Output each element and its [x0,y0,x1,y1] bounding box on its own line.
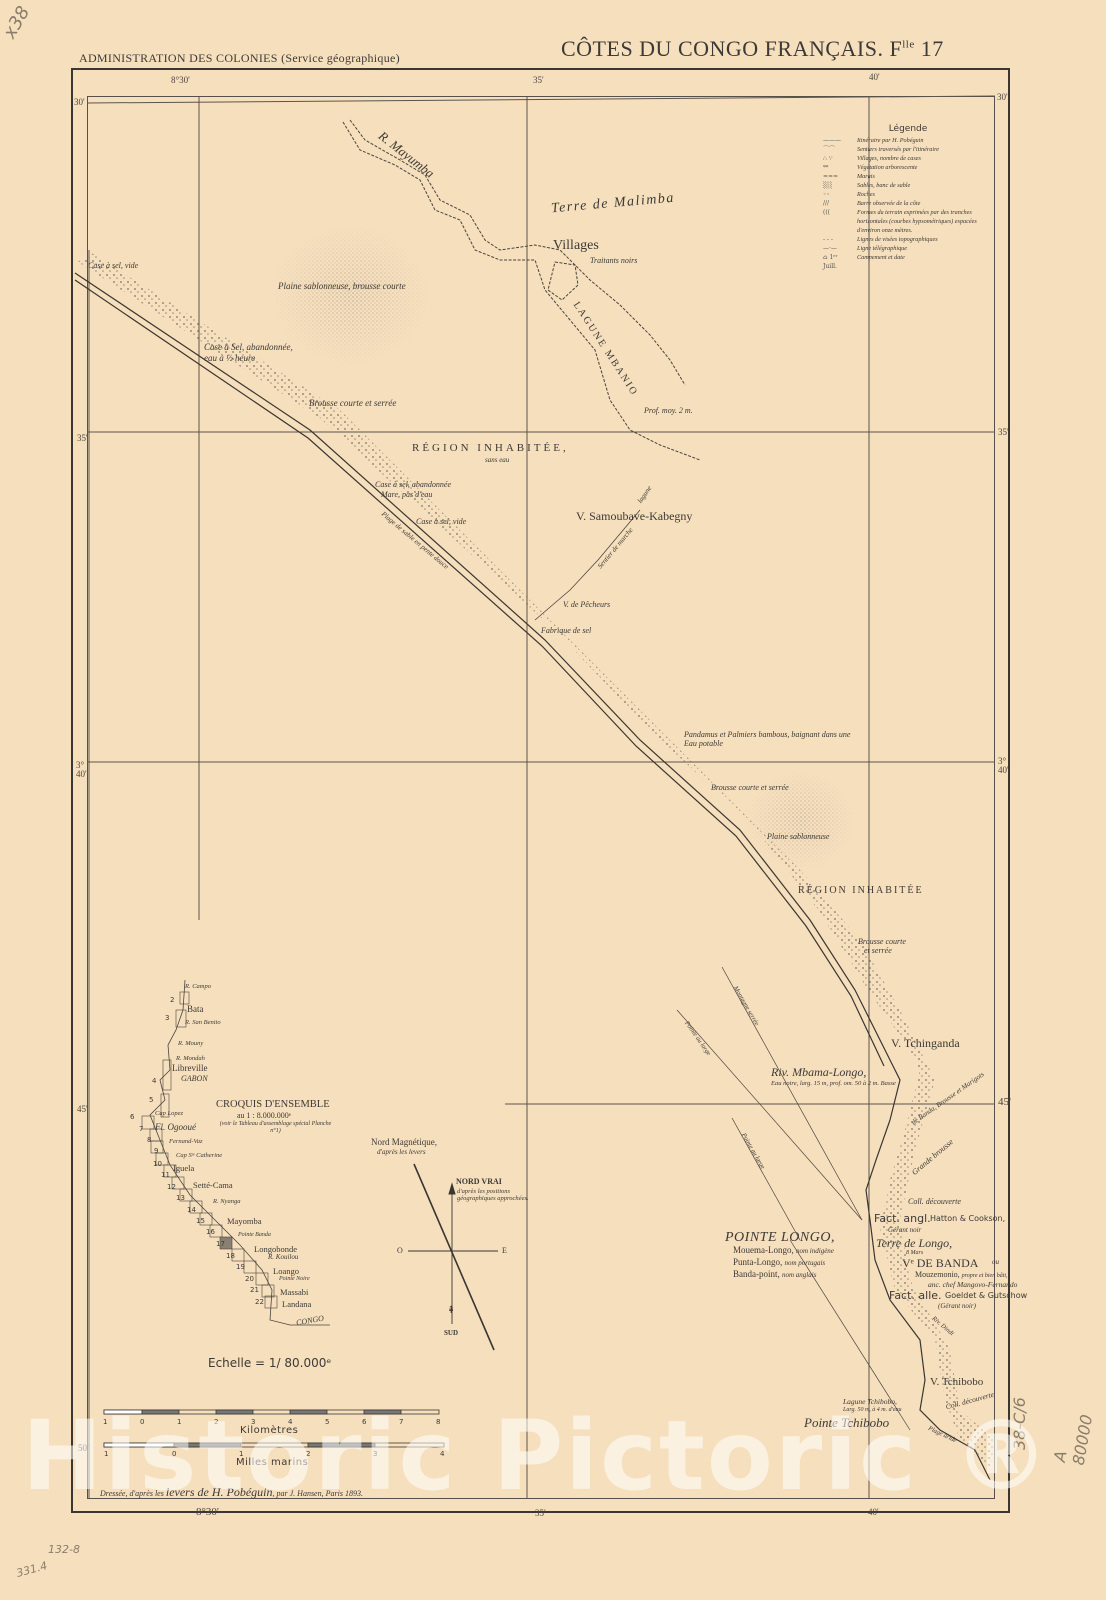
legend-label: Campement et date [857,253,905,271]
label-eau-heure: eau à ½ heure [204,353,255,363]
compass-true-north-label: NORD VRAI [456,1177,502,1186]
inset-sheet-number: 13 [176,1194,185,1202]
surf-bar-icon: /// [823,199,853,208]
label-v-banda: Vᵉ DE BANDA [902,1256,978,1271]
inset-sheet-number: 11 [161,1171,170,1179]
inset-scale: au 1 : 8.000.000ᵉ [237,1111,291,1120]
label-region-inhabitee-1: RÉGION INHABITÉE, [412,442,569,454]
inset-place: Pointe Noire [279,1276,310,1282]
lat-left-1: 30' [74,97,85,107]
label-plaine-sablonneuse-2: Plaine sablonneuse [767,832,829,841]
inset-place: Cap Sᵗᵉ Catherine [176,1152,222,1159]
label-brousse-2: Brousse courte et serrée [711,783,789,792]
legend-label: Itinéraire par H. Pobéguin [857,136,923,145]
lat-right-2: 35' [998,427,1009,437]
lat-right-1: 30' [997,92,1008,102]
label-sans-eau: sans eau [485,456,509,464]
compass-west: O [397,1246,403,1255]
compass-south: SUD [444,1329,458,1337]
watermark: Historic Pictoric ® [22,1400,1051,1512]
label-fabrique-sel: Fabrique de sel [541,626,591,635]
legend-item: ⌂ 1ᵉʳ Juill.Campement et date [823,253,993,271]
label-mare: Mare, pas d'eau [381,490,432,499]
lon-top-1: 8°30' [171,75,190,85]
label-pointe-longo: POINTE LONGO, [725,1230,835,1246]
lat-left-2: 35' [77,433,88,443]
label-coll-decouverte-1: Coll. découverte [908,1197,961,1206]
lon-top-2: 35' [533,75,544,85]
itinerary-line-icon: ——— [823,136,853,145]
inset-sheet-number: 15 [196,1217,205,1225]
legend-label: Ligne télégraphique [857,244,907,253]
legend-item: ∴ ∵Villages, nombre de cases [823,154,993,163]
label-samoubave: V. Samoubave-Kabegny [576,509,692,524]
inset-sheet-number: 18 [226,1252,235,1260]
marsh-icon: ≈≈≈ [823,172,853,181]
village-icon: ∴ ∵ [823,154,853,163]
compass-true-north-sub: d'après les positions géographiques appr… [457,1188,537,1202]
label-plaine-sablonneuse-1: Plaine sablonneuse, brousse courte [278,281,406,291]
coastline [75,273,990,1480]
label-brousse-3b: et serrée [864,946,892,955]
inset-sheet-number: 3 [165,1014,169,1022]
label-brousse-3a: Brousse courte [858,937,906,946]
label-banda-point-sub: nom anglais [782,1271,816,1279]
legend-label: Lignes de visées topographiques [857,235,938,244]
lat-left-3: 3° 40' [76,761,88,779]
legend-item: —·—Ligne télégraphique [823,244,993,253]
label-fact-alle: Fact. alle. [889,1289,942,1302]
inset-sheet-number: 12 [167,1183,176,1191]
inset-sheet-number: 22 [255,1298,264,1306]
label-pandamus: Pandamus et Palmiers bambous, baignant d… [684,730,850,739]
legend-item: ⌒⌒Sentiers traversés par l'itinéraire [823,145,993,154]
inset-sheet-number: 10 [153,1160,162,1168]
map-legend: Légende ———Itinéraire par H. Pobéguin ⌒⌒… [823,125,993,271]
label-tchinganda: V. Tchinganda [891,1036,960,1051]
compass-east: E [502,1246,507,1255]
legend-label: Barre observée de la côte [857,199,920,208]
legend-label: Villages, nombre de cases [857,154,921,163]
inset-place: Loango [273,1266,299,1276]
inset-place: Fl. Ogooué [155,1122,196,1132]
inset-sheet-boxes [142,992,277,1308]
label-punta-name: Punta-Longo, [733,1257,782,1267]
inset-sheet-number: 4 [152,1077,156,1085]
lat-left-4: 45' [77,1104,88,1114]
inset-sheet-number: 21 [250,1286,259,1294]
label-mouzemonio-name: Mouzemonio, [915,1270,960,1279]
inset-sheet-number: 5 [149,1096,153,1104]
inset-sheet-number: 2 [170,996,174,1004]
label-gerant-1: Gérant noir [888,1226,921,1234]
inset-place: GABON [181,1074,208,1083]
lat-right-4: 45' [998,1096,1011,1108]
inset-sheet-number: 7 [139,1125,143,1133]
label-mouema: Mouema-Longo, nom indigène [733,1245,834,1255]
legend-label: Roches [857,190,875,199]
legend-item: ///Barre observée de la côte [823,199,993,208]
legend-item: ≈≈≈Marais [823,172,993,181]
label-mouzemonio-sub: propre et bien bâti, [962,1273,1008,1279]
sand-icon: ░░ [823,181,853,190]
label-hatton: Hatton & Cookson, [930,1214,1005,1223]
label-terre-longo: Terre de Longo, [876,1236,952,1251]
scale-title: Echelle = 1/ 80.000ᵉ [208,1356,331,1370]
label-traitants: Traitants noirs [590,256,637,265]
legend-item: - - -Lignes de visées topographiques [823,235,993,244]
label-banda-point-name: Banda-point, [733,1269,780,1279]
inset-sheet-number: 14 [187,1206,196,1214]
legend-item: ◦◦Roches [823,190,993,199]
label-case-vide-2: Case à sel, vide [416,517,466,526]
label-riv-mbama: Riv. Mbama-Longo, [771,1065,866,1080]
inset-note: (voir le Tableau d'assemblage spécial Pl… [218,1121,333,1135]
label-riv-mbama-sub: Eau noire, larg. 15 m, prof. om. 50 à 2 … [771,1080,896,1087]
label-eau-potable: Eau potable [684,739,723,748]
label-gerant-2: (Gérant noir) [938,1302,976,1310]
legend-label: Sentiers traversés par l'itinéraire [857,145,939,154]
inset-place: Massabi [280,1287,308,1297]
compass-magnetic-label: Nord Magnétique, [371,1137,437,1147]
inset-place: Fernand-Vaz [169,1138,203,1145]
label-ou: ou [992,1258,999,1266]
inset-place: Setté-Cama [193,1180,233,1190]
label-punta-sub: nom portugais [785,1259,826,1267]
inset-sheet-number: 20 [245,1275,254,1283]
inset-sheet-number: 17 [216,1240,225,1248]
lat-right-3: 3° 40' [998,757,1010,775]
camp-icon: ⌂ 1ᵉʳ Juill. [823,253,853,271]
lon-top-3: 40' [869,72,880,82]
label-punta: Punta-Longo, nom portugais [733,1257,825,1267]
inset-place: R. Campo [185,983,211,990]
inset-place: Cap Lopez [155,1110,183,1117]
contour-icon: ((( [823,208,853,235]
label-tchibobo: V. Tchibobo [930,1376,983,1388]
inset-sheet-number: 6 [130,1113,134,1121]
inset-sheet-number: 19 [236,1263,245,1271]
label-banda-point: Banda-point, nom anglais [733,1269,816,1279]
inset-place: R. San Benito [185,1019,221,1026]
legend-label: Sables, banc de sable [857,181,910,190]
inset-sheet-number: 9 [154,1147,158,1155]
inset-place: Pointe Banda [238,1232,271,1238]
trail-icon: ⌒⌒ [823,145,853,154]
sight-line-icon: - - - [823,235,853,244]
legend-item: (((Formes du terrain exprimées par des t… [823,208,993,235]
label-villages: Villages [553,238,599,254]
telegraph-line-icon: —·— [823,244,853,253]
inset-sheet-number: 16 [206,1228,215,1236]
label-goeldet: Goeldet & Gutschow [945,1291,1027,1300]
inset-place: Landana [282,1299,311,1309]
legend-label: Végétation arborescente [857,163,917,172]
vegetation-icon: ᵠᵠ [823,163,853,172]
inset-place: R. Kouilou [268,1253,298,1261]
label-mouema-sub: nom indigène [796,1247,834,1255]
legend-label: Marais [857,172,875,181]
label-case-sel-abandonnee: Case à Sel, abandonnée, [204,342,293,352]
legend-item: ———Itinéraire par H. Pobéguin [823,136,993,145]
inset-place: R. Mondah [176,1055,205,1062]
inset-title: CROQUIS D'ENSEMBLE [216,1099,330,1110]
legend-item: ░░Sables, banc de sable [823,181,993,190]
sight-lines [677,967,910,1430]
label-prof-moy: Prof. moy. 2 m. [644,406,693,415]
inset-place: R. Mouny [178,1040,203,1047]
inset-place: Libreville [172,1063,208,1073]
inset-place: R. Nyanga [213,1198,240,1205]
label-mouzemonio: Mouzemonio, propre et bien bâti, [915,1270,1008,1279]
label-case-sel-vide-1: Case à sel, vide [88,261,138,270]
inset-sheet-number: 8 [147,1136,151,1144]
inset-place: Iguela [173,1163,194,1173]
label-case-abandonnee-2: Case à sel, abandonnée [375,480,451,489]
inset-place: Bata [187,1004,204,1014]
compass-magnetic-sub: d'après les levers [377,1148,426,1156]
label-fact-angl: Fact. angl. [874,1212,931,1225]
compass-feather-icon: ⇞ [447,1305,455,1316]
legend-label: Formes du terrain exprimées par des tran… [857,208,993,235]
label-brousse-1: Brousse courte et serrée [309,398,396,408]
label-region-inhabitee-2: RÉGION INHABITÉE [798,885,924,896]
rocks-icon: ◦◦ [823,190,853,199]
inset-place: Mayomba [227,1216,261,1226]
label-v-pecheurs: V. de Pêcheurs [563,600,610,609]
label-chef: anc. chef Mangovo-Fernando [928,1280,1017,1289]
legend-item: ᵠᵠVégétation arborescente [823,163,993,172]
legend-title: Légende [823,125,993,134]
label-mouema-name: Mouema-Longo, [733,1245,794,1255]
